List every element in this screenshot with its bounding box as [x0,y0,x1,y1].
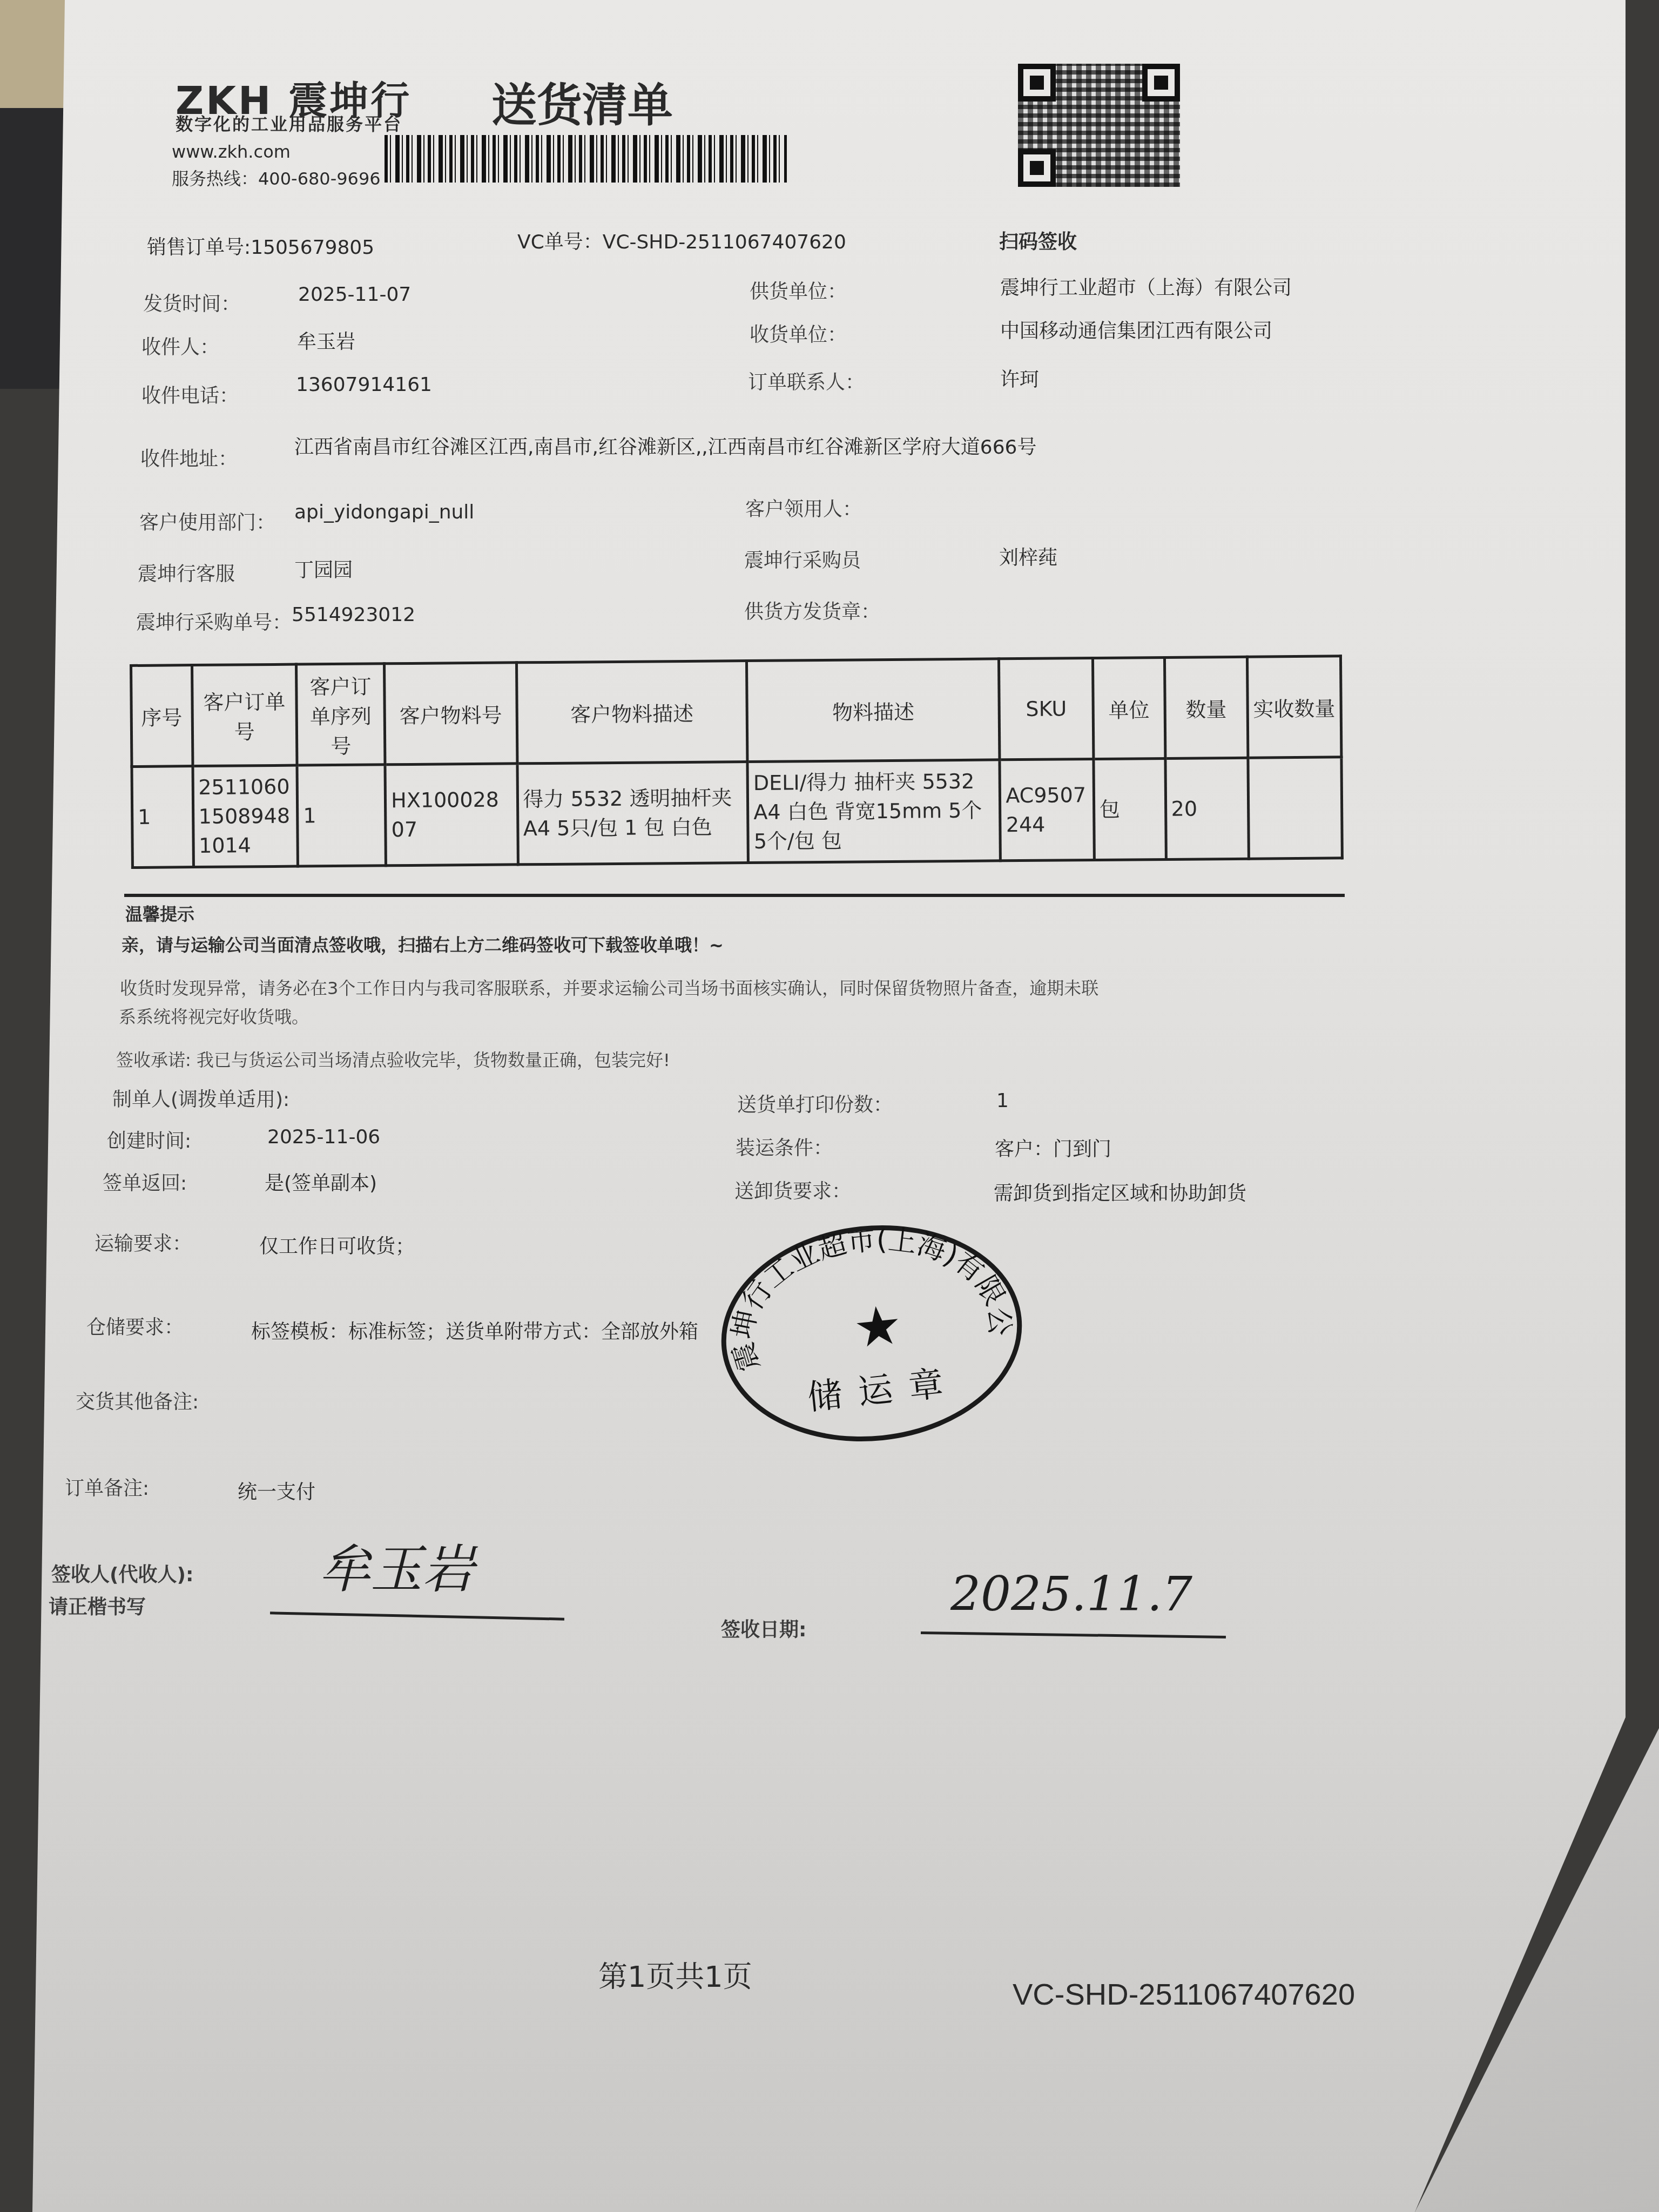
notice-title: 温馨提示 [125,901,194,926]
sign-promise: 签收承诺: 我已与货运公司当场清点验收完毕，货物数量正确，包装完好! [116,1047,670,1071]
collector-label: 客户领用人： [745,494,862,522]
col-received-quantity: 实收数量 [1247,656,1341,758]
recipient-value: 牟玉岩 [297,327,355,354]
col-material-desc: 物料描述 [747,659,1000,762]
qr-code[interactable] [1018,64,1180,187]
signer-hint: 请正楷书写 [49,1592,146,1620]
qr-finder-icon [1142,64,1180,102]
unload-value: 需卸货到指定区域和协助卸货 [994,1178,1246,1206]
buyer-value: 刘梓莼 [999,543,1057,570]
company-slogan: 数字化的工业用品服务平台 [176,111,402,136]
address-value: 江西省南昌市红谷滩区江西,南昌市,红谷滩新区,,江西南昌市红谷滩新区学府大道66… [294,432,1037,460]
cell-received-quantity[interactable] [1248,757,1343,859]
po-label: 震坤行采购单号： [136,608,292,635]
cell-material-desc: DELI/得力 抽杆夹 5532 A4 白色 背宽15mm 5个 5个/包 包 [747,760,1001,863]
phone-label: 收件电话： [141,381,239,408]
return-label: 签单返回: [103,1168,187,1196]
maker-label: 制单人(调拨单适用): [112,1084,289,1112]
cell-quantity: 20 [1165,758,1249,859]
qr-finder-icon [1018,149,1056,187]
cell-unit: 包 [1094,758,1166,860]
return-value: 是(签单副本) [265,1168,377,1196]
recipient-label: 收件人： [141,332,219,360]
items-table: 序号 客户订单号 客户订单序列号 客户物料号 客户物料描述 物料描述 SKU 单… [130,655,1344,869]
sign-date-handwriting: 2025.11.7 [950,1566,1192,1622]
customer-service-value: 丁园园 [294,555,353,583]
ship-time-value: 2025-11-07 [298,284,411,306]
col-index: 序号 [131,665,193,767]
buyer-label: 震坤行采购员 [744,545,861,573]
receiver-unit-value: 中国移动通信集团江西有限公司 [1000,316,1272,343]
barcode [385,135,787,183]
print-copies-value: 1 [996,1090,1009,1112]
shipping-value: 客户：门到门 [995,1134,1111,1162]
signer-handwriting: 牟玉岩 [319,1528,474,1602]
created-value: 2025-11-06 [267,1126,380,1148]
col-quantity: 数量 [1164,657,1248,758]
seal-label: 供货方发货章： [744,597,880,624]
order-note-label: 订单备注: [65,1473,149,1501]
receiver-unit-label: 收货单位： [750,320,847,347]
cell-index: 1 [132,766,193,868]
storage-label: 仓储要求： [86,1312,184,1340]
storage-value: 标签模板：标准标签；送货单附带方式：全部放外箱 [251,1317,698,1344]
table-header-row: 序号 客户订单号 客户订单序列号 客户物料号 客户物料描述 物料描述 SKU 单… [131,656,1341,767]
company-stamp: 震坤行工业超市(上海)有限公司 ★ 储运章 [711,1211,1033,1456]
col-customer-material-desc: 客户物料描述 [516,661,747,764]
notice-line-1: 收货时发现异常，请务必在3个工作日内与我司客服联系，并要求运输公司当场书面核实确… [120,975,1098,1000]
dept-value: api_yidongapi_null [294,501,474,523]
cell-customer-order-seq: 1 [297,765,386,866]
phone-value: 13607914161 [296,374,432,396]
col-customer-order-seq: 客户订单序列号 [296,664,386,765]
page-indicator: 第1页共1页 [598,1954,752,1995]
col-customer-material-no: 客户物料号 [385,663,517,765]
dept-label: 客户使用部门： [139,508,275,535]
background-object [0,108,65,389]
unload-label: 送卸货要求： [734,1176,851,1204]
scan-sign-label: 扫码签收 [999,227,1077,254]
doc-title: 送货清单 [491,69,673,134]
ship-time-label: 发货时间： [143,289,240,316]
print-copies-label: 送货单打印份数： [737,1090,893,1117]
contact-value: 许珂 [1000,365,1039,392]
footer-vc-no: VC-SHD-2511067407620 [1013,1977,1355,2012]
transport-value: 仅工作日可收货； [259,1231,415,1259]
divider [124,894,1345,897]
service-hotline: 服务热线：400-680-9696 [172,165,381,190]
qr-finder-icon [1018,64,1056,102]
supplier-label: 供货单位： [750,276,847,304]
cell-customer-material-no: HX10002807 [385,764,518,866]
sales-order-no: 销售订单号:1505679805 [147,232,374,260]
vc-no: VC单号：VC-SHD-2511067407620 [517,227,846,254]
shipping-label: 装运条件： [736,1133,833,1161]
cell-customer-order-no: 25110601508948 1014 [192,765,298,867]
address-label: 收件地址： [140,444,238,471]
signer-label: 签收人(代收人): [51,1560,193,1587]
sign-date-label: 签收日期: [721,1615,806,1642]
order-note-value: 统一支付 [238,1477,315,1505]
col-sku: SKU [999,658,1094,759]
created-label: 创建时间: [107,1126,191,1154]
table-row: 1 25110601508948 1014 1 HX10002807 得力 55… [132,757,1342,868]
cell-customer-material-desc: 得力 5532 透明抽杆夹 A4 5只/包 1 包 白色 [517,762,748,865]
star-icon: ★ [851,1292,905,1360]
customer-service-label: 震坤行客服 [138,559,235,586]
supplier-value: 震坤行工业超市（上海）有限公司 [1000,273,1292,300]
contact-label: 订单联系人： [748,367,865,395]
transport-label: 运输要求： [95,1229,192,1256]
notice-line-2: 系系统将视完好收货哦。 [119,1003,309,1028]
other-notes-label: 交货其他备注: [76,1387,199,1414]
company-website: www.zkh.com [172,141,291,162]
col-unit: 单位 [1092,657,1165,759]
notice-bold-line: 亲，请与运输公司当面清点签收哦，扫描右上方二维码签收可下载签收单哦！~ [122,932,724,956]
cell-sku: AC9507244 [1000,759,1094,860]
col-customer-order-no: 客户订单号 [192,664,297,766]
po-value: 5514923012 [292,604,415,626]
